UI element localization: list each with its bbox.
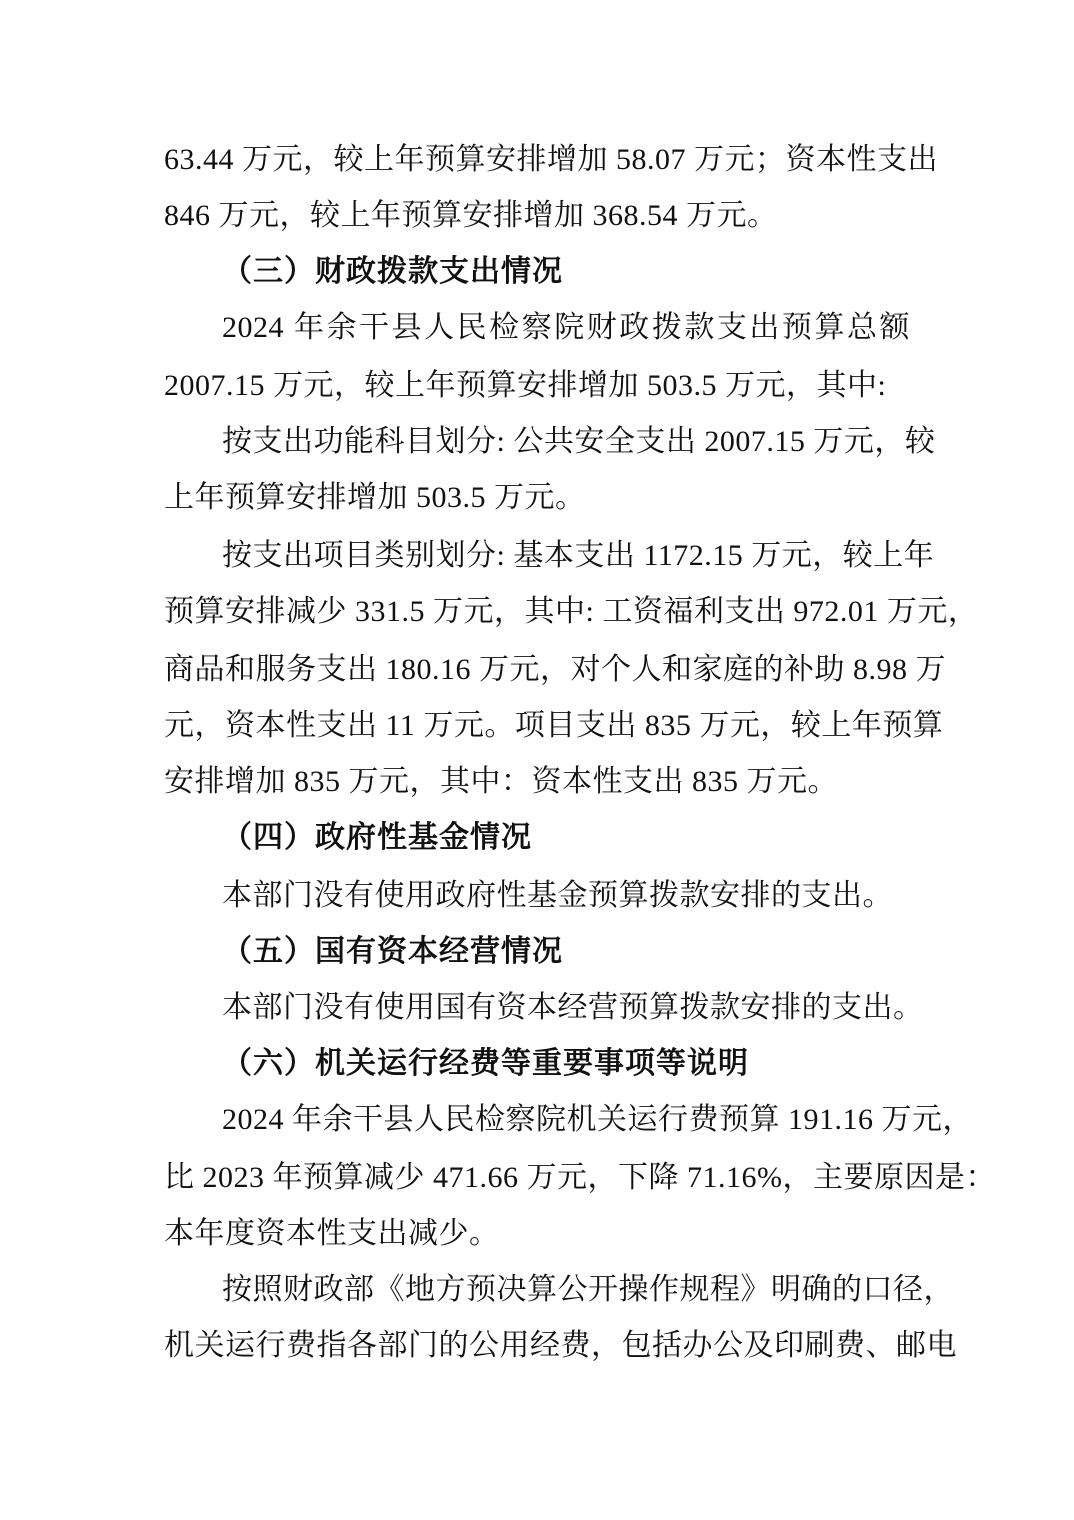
body-line: 按支出功能科目划分: 公共安全支出 2007.15 万元，较 [222, 422, 910, 462]
body-line: 预算安排减少 331.5 万元，其中: 工资福利支出 972.01 万元， [164, 592, 910, 632]
body-line: 元，资本性支出 11 万元。项目支出 835 万元，较上年预算 [164, 706, 910, 746]
body-line: 比 2023 年预算减少 471.66 万元，下降 71.16%，主要原因是： [164, 1158, 910, 1198]
body-line: 2024 年余干县人民检察院财政拨款支出预算总额 [222, 308, 910, 348]
body-line: 按照财政部《地方预决算公开操作规程》明确的口径， [222, 1270, 910, 1310]
body-line: 2024 年余干县人民检察院机关运行费预算 191.16 万元， [222, 1100, 910, 1140]
section-heading-4: （四）政府性基金情况 [222, 818, 910, 858]
body-line: 上年预算安排增加 503.5 万元。 [164, 478, 910, 518]
body-line: 本年度资本性支出减少。 [164, 1214, 910, 1254]
body-line: 按支出项目类别划分: 基本支出 1172.15 万元，较上年 [222, 536, 910, 576]
body-line: 846 万元，较上年预算安排增加 368.54 万元。 [164, 196, 910, 236]
section-heading-3: （三）财政拨款支出情况 [222, 252, 910, 292]
section-heading-6: （六）机关运行经费等重要事项等说明 [222, 1044, 910, 1084]
body-line: 安排增加 835 万元，其中：资本性支出 835 万元。 [164, 762, 910, 802]
body-line: 本部门没有使用政府性基金预算拨款安排的支出。 [222, 876, 910, 916]
body-line: 本部门没有使用国有资本经营预算拨款安排的支出。 [222, 988, 910, 1028]
document-page: 63.44 万元，较上年预算安排增加 58.07 万元；资本性支出 846 万元… [0, 0, 1074, 1520]
body-line: 商品和服务支出 180.16 万元，对个人和家庭的补助 8.98 万 [164, 650, 910, 690]
body-line: 2007.15 万元，较上年预算安排增加 503.5 万元，其中: [164, 366, 910, 406]
body-line: 63.44 万元，较上年预算安排增加 58.07 万元；资本性支出 [164, 140, 910, 180]
section-heading-5: （五）国有资本经营情况 [222, 932, 910, 972]
body-line: 机关运行费指各部门的公用经费，包括办公及印刷费、邮电 [164, 1326, 910, 1366]
